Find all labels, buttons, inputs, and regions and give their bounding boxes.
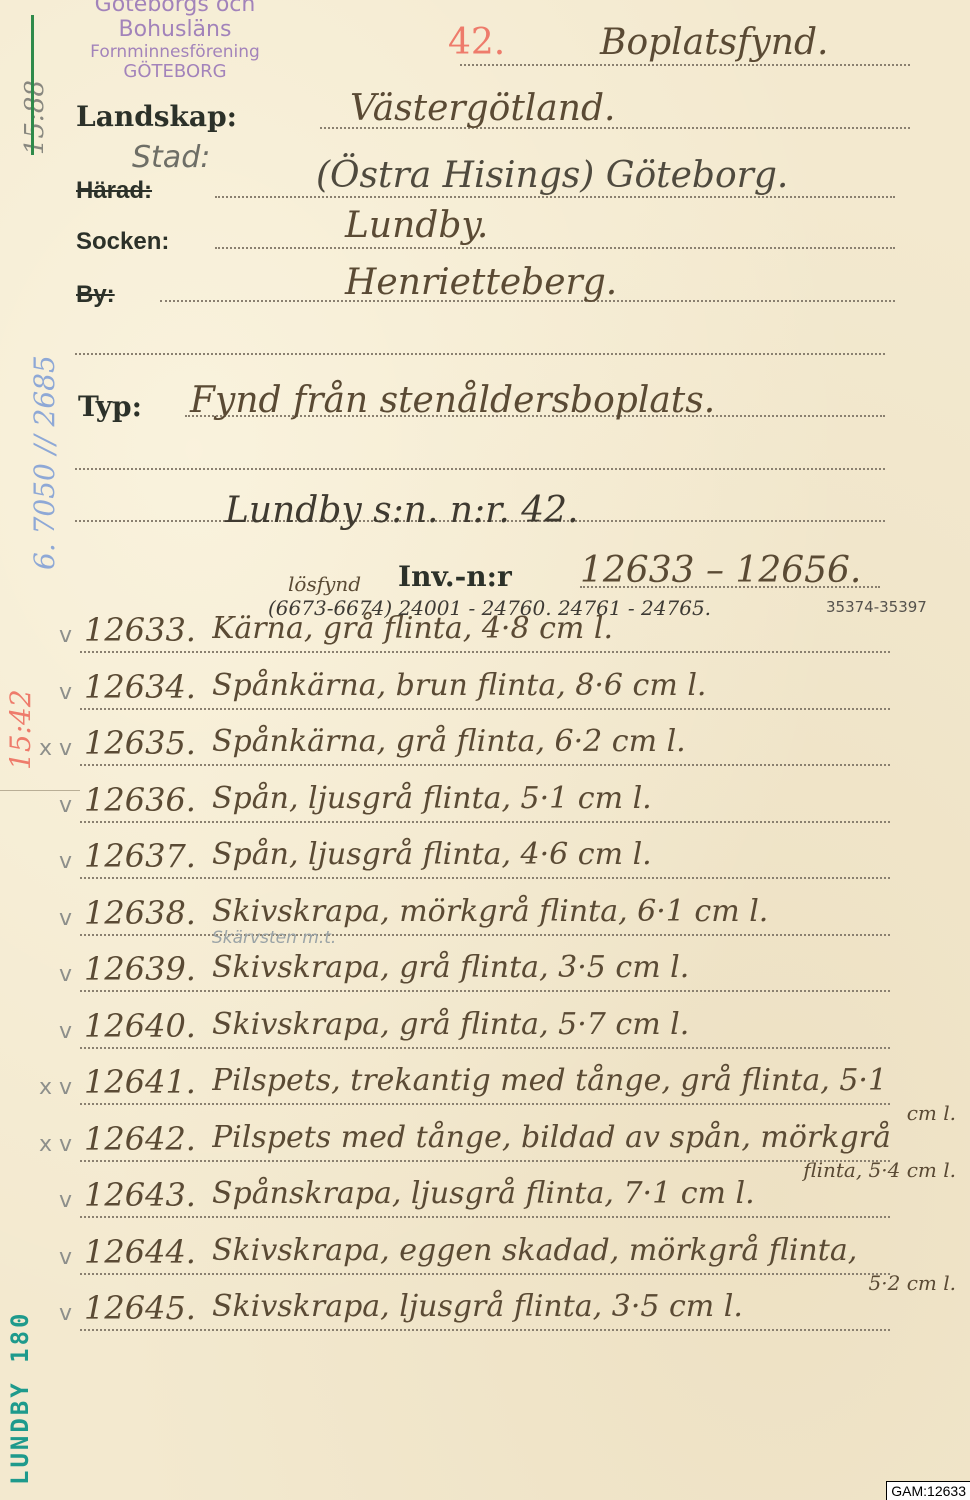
item-line	[80, 821, 890, 823]
item-line	[80, 1047, 890, 1049]
item-number: 12635.	[84, 724, 196, 762]
item-number: 12642.	[84, 1120, 196, 1158]
inv-value: 12633 – 12656.	[580, 550, 861, 591]
socken-label: Socken:	[76, 228, 169, 256]
item-number: 12638.	[84, 894, 196, 932]
item-description: Skivskrapa, mörkgrå flinta, 6·1 cm l.	[212, 894, 768, 929]
harad-value: (Östra Hisings) Göteborg.	[316, 155, 788, 196]
check-mark: x v	[12, 1075, 72, 1100]
category-line	[460, 64, 910, 66]
item-number: 12640.	[84, 1007, 196, 1045]
item-number: 12639.	[84, 950, 196, 988]
landskap-value: Västergötland.	[350, 88, 615, 129]
item-number: 12634.	[84, 668, 196, 706]
item-row: v12637.Spån, ljusgrå flinta, 4·6 cm l.	[0, 831, 970, 887]
harad-label: Härad:	[76, 177, 152, 205]
by-label: By:	[76, 281, 115, 309]
stamp-line-1: Göteborgs och	[50, 0, 300, 17]
item-line	[80, 934, 890, 936]
item-row: v12638.Skivskrapa, mörkgrå flinta, 6·1 c…	[0, 888, 970, 944]
item-number: 12633.	[84, 611, 196, 649]
inv-prefix-note: lösfynd	[288, 572, 361, 596]
item-description: Skivskrapa, grå flinta, 5·7 cm l.	[212, 1007, 689, 1042]
check-mark: v	[12, 849, 72, 874]
item-number: 12644.	[84, 1233, 196, 1271]
green-strike-line	[31, 15, 34, 155]
socken-line	[215, 247, 895, 249]
item-number: 12637.	[84, 837, 196, 875]
margin-struck-note: 15:88	[20, 5, 50, 155]
item-pencil-note: Skärvsten m.t.	[212, 928, 336, 948]
item-row: x v12635.Spånkärna, grå flinta, 6·2 cm l…	[0, 718, 970, 774]
item-line	[80, 1273, 890, 1275]
item-line	[80, 651, 890, 653]
item-row: v12633.Kärna, grå flinta, 4·8 cm l.	[0, 605, 970, 661]
socken-value: Lundby.	[345, 205, 488, 246]
item-description: Kärna, grå flinta, 4·8 cm l.	[212, 611, 613, 646]
item-row: v12640.Skivskrapa, grå flinta, 5·7 cm l.	[0, 1001, 970, 1057]
check-mark: v	[12, 906, 72, 931]
item-row: x v12641.Pilspets, trekantig med tånge, …	[0, 1057, 970, 1113]
item-row: v12634.Spånkärna, brun flinta, 8·6 cm l.	[0, 662, 970, 718]
item-line	[80, 1216, 890, 1218]
check-mark: x v	[12, 1132, 72, 1157]
item-row: x v12642.Pilspets med tånge, bildad av s…	[0, 1114, 970, 1170]
site-value: Lundby s:n. n:r. 42.	[225, 490, 579, 531]
torn-edge	[0, 790, 80, 801]
item-description: Skivskrapa, ljusgrå flinta, 3·5 cm l.	[212, 1289, 743, 1324]
item-line	[80, 1103, 890, 1105]
category-value: Boplatsfynd.	[600, 22, 828, 63]
item-description: Skivskrapa, grå flinta, 3·5 cm l.	[212, 950, 689, 985]
margin-red-note: 15:42	[4, 600, 37, 770]
item-description: Spånskrapa, ljusgrå flinta, 7·1 cm l.	[212, 1176, 755, 1211]
item-number: 12645.	[84, 1289, 196, 1327]
stad-handwritten-label: Stad:	[132, 140, 210, 175]
red-site-number: 42.	[448, 22, 505, 63]
item-row: v12644.Skivskrapa, eggen skadad, mörkgrå…	[0, 1227, 970, 1283]
stamp-line-2: Bohusläns	[50, 17, 300, 42]
item-line	[80, 708, 890, 710]
item-line	[80, 877, 890, 879]
item-description: Spånkärna, brun flinta, 8·6 cm l.	[212, 668, 706, 703]
item-number: 12636.	[84, 781, 196, 819]
check-mark: v	[12, 1019, 72, 1044]
typ-value: Fynd från stenåldersboplats.	[190, 380, 715, 421]
item-description: Spån, ljusgrå flinta, 5·1 cm l.	[212, 781, 652, 816]
item-line	[80, 764, 890, 766]
item-description: Skivskrapa, eggen skadad, mörkgrå flinta…	[212, 1233, 857, 1268]
by-value: Henrietteberg.	[345, 262, 617, 303]
typ-second-line	[75, 468, 885, 470]
margin-struck-text: 15:88	[20, 80, 50, 155]
item-row: v12636.Spån, ljusgrå flinta, 5·1 cm l.	[0, 775, 970, 831]
check-mark: v	[12, 962, 72, 987]
blank-line	[75, 353, 885, 355]
item-description: Spån, ljusgrå flinta, 4·6 cm l.	[212, 837, 652, 872]
item-row: v12639.Skivskrapa, grå flinta, 3·5 cm l.…	[0, 944, 970, 1000]
catalog-id-label: GAM:12633	[886, 1481, 970, 1500]
item-description: Pilspets med tånge, bildad av spån, mörk…	[212, 1120, 891, 1155]
item-line	[80, 990, 890, 992]
typ-label: Typ:	[78, 390, 142, 423]
inv-label: Inv.-n:r	[398, 560, 512, 593]
item-row: v12643.Spånskrapa, ljusgrå flinta, 7·1 c…	[0, 1170, 970, 1226]
margin-blue-note: 6. 7050 // 2685	[28, 150, 61, 570]
item-row: v12645.Skivskrapa, ljusgrå flinta, 3·5 c…	[0, 1283, 970, 1339]
item-number: 12643.	[84, 1176, 196, 1214]
harad-line	[215, 196, 895, 198]
item-line	[80, 1329, 890, 1331]
item-description: Pilspets, trekantig med tånge, grå flint…	[212, 1063, 887, 1098]
stamp-line-4: GÖTEBORG	[50, 62, 300, 83]
lundby-stamp: LUNDBY 180	[6, 1255, 34, 1485]
item-line	[80, 1160, 890, 1162]
museum-stamp: Göteborgs och Bohusläns Fornminnesföreni…	[50, 0, 300, 83]
check-mark: v	[12, 1188, 72, 1213]
landskap-label: Landskap:	[76, 100, 237, 133]
item-description: Spånkärna, grå flinta, 6·2 cm l.	[212, 724, 686, 759]
stamp-line-3: Fornminnesförening	[50, 43, 300, 63]
item-number: 12641.	[84, 1063, 196, 1101]
